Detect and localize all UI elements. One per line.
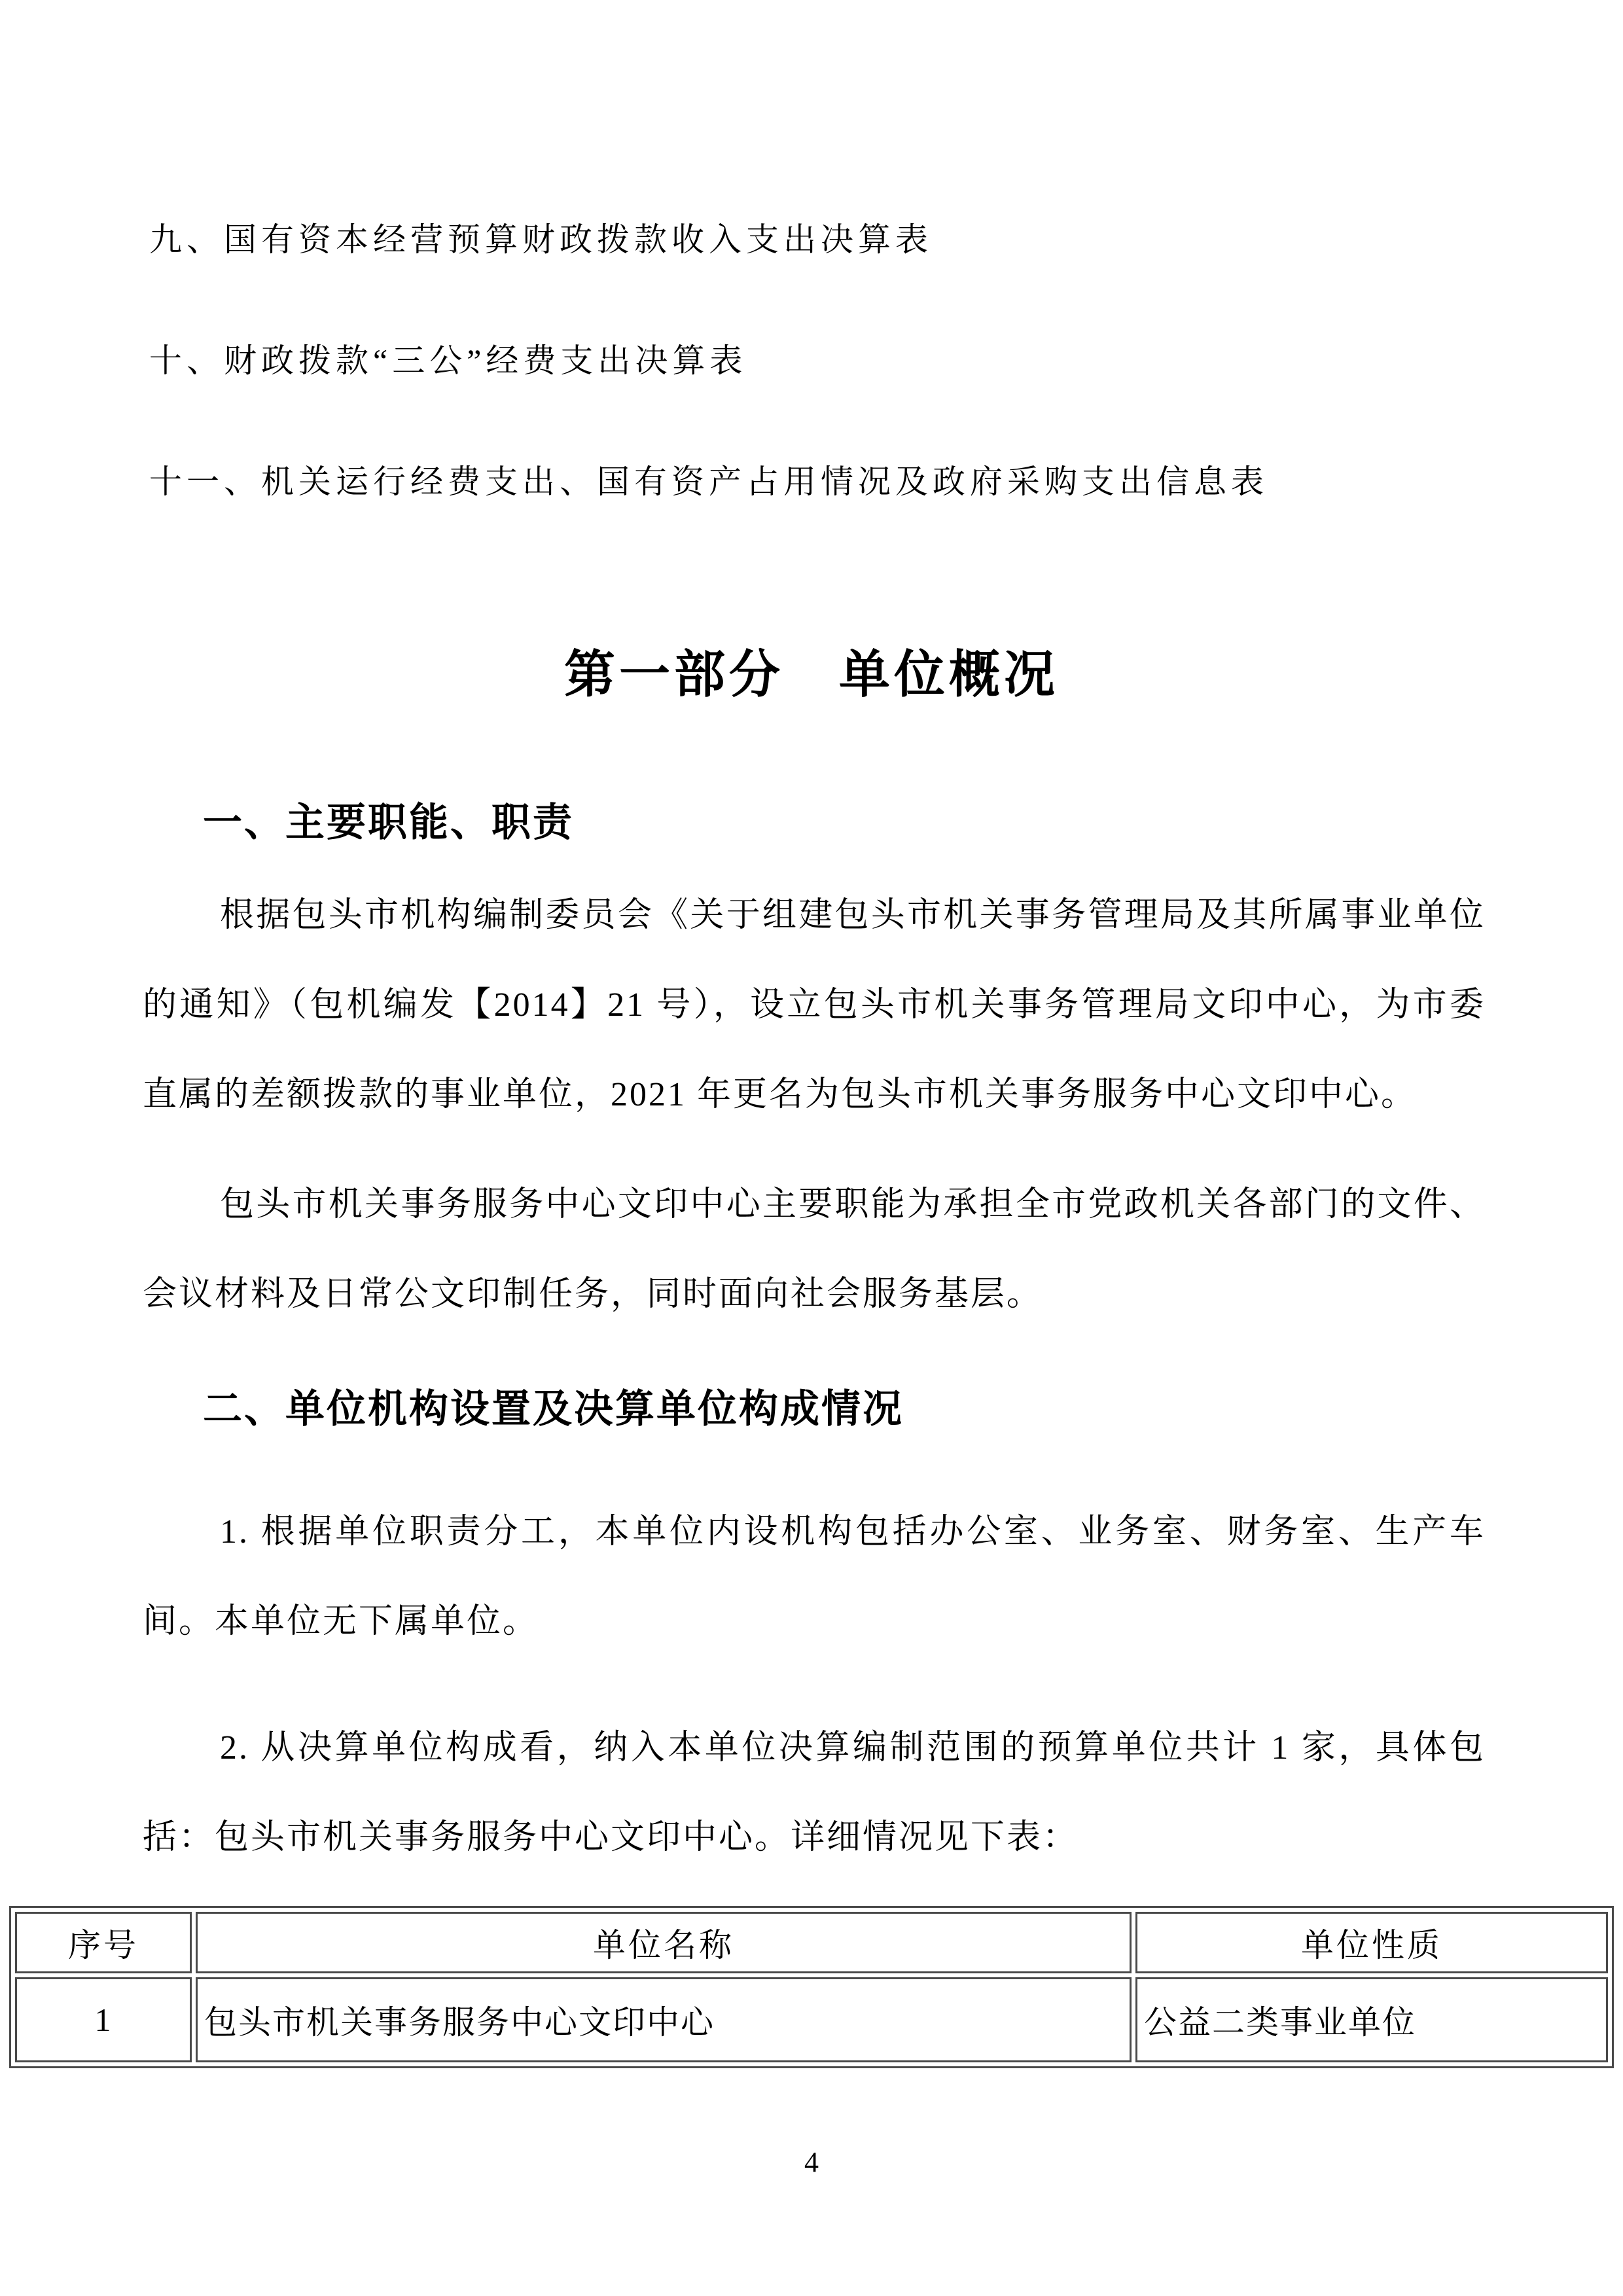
units-table-header: 序号 单位名称 单位性质: [15, 1912, 1608, 1973]
table-row: 1 包头市机关事务服务中心文印中心 公益二类事业单位: [15, 1977, 1608, 2062]
section-2-heading: 二、单位机构设置及决算单位构成情况: [203, 1388, 904, 1431]
section-1-paragraph-1: 根据包头市机构编制委员会《关于组建包头市机关事务管理局及其所属事业单位的通知》（…: [143, 870, 1486, 1139]
section-2-paragraph-1: 1. 根据单位职责分工，本单位内设机构包括办公室、业务室、财务室、生产车间。本单…: [143, 1487, 1486, 1666]
document-page: 九、国有资本经营预算财政拨款收入支出决算表 十、财政拨款“三公”经费支出决算表 …: [0, 0, 1623, 2296]
section-1-paragraph-2: 包头市机关事务服务中心文印中心主要职能为承担全市党政机关各部门的文件、会议材料及…: [143, 1160, 1486, 1339]
toc-item-10: 十、财政拨款“三公”经费支出决算表: [149, 341, 747, 380]
table-header-unit-name: 单位名称: [196, 1912, 1132, 1973]
units-table: 序号 单位名称 单位性质 1 包头市机关事务服务中心文印中心 公益二类事业单位: [9, 1906, 1614, 2068]
toc-item-11: 十一、机关运行经费支出、国有资产占用情况及政府采购支出信息表: [149, 462, 1268, 501]
section-2-paragraph-2: 2. 从决算单位构成看，纳入本单位决算编制范围的预算单位共计 1 家，具体包括：…: [143, 1703, 1486, 1882]
page-number: 4: [0, 2145, 1623, 2179]
table-header-index: 序号: [15, 1912, 192, 1973]
table-header-unit-type: 单位性质: [1135, 1912, 1608, 1973]
table-header-row: 序号 单位名称 单位性质: [15, 1912, 1608, 1973]
units-table-body: 1 包头市机关事务服务中心文印中心 公益二类事业单位: [15, 1977, 1608, 2062]
part-title: 第一部分 单位概况: [0, 647, 1623, 703]
table-cell-index: 1: [15, 1977, 192, 2062]
toc-item-9: 九、国有资本经营预算财政拨款收入支出决算表: [149, 220, 933, 259]
table-cell-unit-type: 公益二类事业单位: [1135, 1977, 1608, 2062]
table-cell-unit-name: 包头市机关事务服务中心文印中心: [196, 1977, 1132, 2062]
section-1-heading: 一、主要职能、职责: [203, 801, 574, 844]
